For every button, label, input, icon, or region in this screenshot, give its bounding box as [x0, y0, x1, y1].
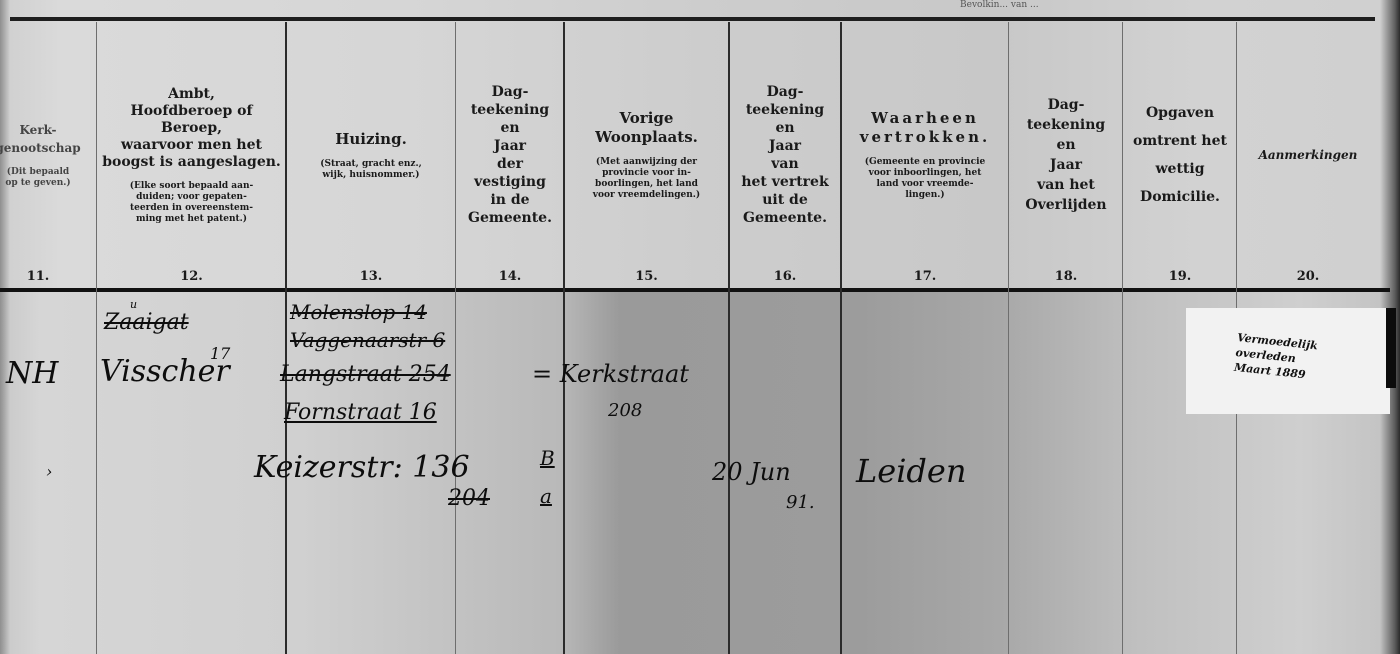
address-alt-number: 208 — [608, 400, 642, 421]
remark-text: Vermoedelijk overleden Maart 1889 — [1233, 330, 1318, 383]
column-header-settlement-date: Dag- teekening en Jaar der vestiging in … — [457, 22, 563, 288]
column-header-remarks: Aanmerkingen 20. — [1238, 22, 1378, 288]
departure-date: 20 Jun — [712, 458, 791, 486]
column-divider — [1122, 22, 1123, 654]
current-address-alt-sup: a — [540, 484, 552, 508]
address-4: Fornstraat 16 — [284, 400, 437, 425]
address-3: Langstraat 254 — [280, 362, 451, 387]
column-header-destination: Waarheen vertrokken. (Gemeente en provin… — [842, 22, 1008, 288]
church-mark: › — [46, 462, 52, 481]
column-divider — [96, 22, 97, 654]
register-page: Bevolkin... van ... Kerk- genootschap (D… — [0, 0, 1400, 654]
column-header-occupation: Ambt, Hoofdberoep of Beroep, waarvoor me… — [98, 22, 285, 288]
column-header-church: Kerk- genootschap (Dit bepaald op te gev… — [0, 22, 96, 288]
column-header-death-date: Dag- teekening en Jaar van het Overlijde… — [1010, 22, 1122, 288]
occupation-struck: Zaaigat — [104, 310, 189, 335]
remark-patch: Vermoedelijk overleden Maart 1889 — [1186, 308, 1390, 414]
column-header-domicile: Opgaven omtrent het wettig Domicilie. 19… — [1124, 22, 1236, 288]
column-header-previous-residence: Vorige Woonplaats. (Met aanwijzing der p… — [565, 22, 728, 288]
current-address: Keizerstr: 136 — [254, 450, 470, 485]
church-entry: NH — [6, 356, 58, 391]
departure-year: 91. — [786, 492, 815, 513]
column-header-departure-date: Dag- teekening en Jaar van het vertrek u… — [730, 22, 840, 288]
current-address-sup: B — [540, 446, 555, 470]
column-header-address: Huizing. (Straat, gracht enz., wijk, hui… — [287, 22, 455, 288]
patch-edge — [1386, 308, 1396, 388]
occupation-ref: 17 — [210, 344, 230, 363]
column-divider — [1008, 22, 1009, 654]
address-1: Molenslop 14 — [290, 300, 427, 324]
column-divider — [455, 22, 456, 654]
top-rule — [10, 17, 1375, 21]
header-rule — [0, 288, 1390, 292]
top-fragment: Bevolkin... van ... — [960, 0, 1080, 8]
address-2: Vaggenaarstr 6 — [290, 328, 445, 352]
address-alt: = Kerkstraat — [532, 360, 689, 388]
current-address-alt: 204 — [448, 486, 490, 511]
destination: Leiden — [856, 452, 966, 490]
